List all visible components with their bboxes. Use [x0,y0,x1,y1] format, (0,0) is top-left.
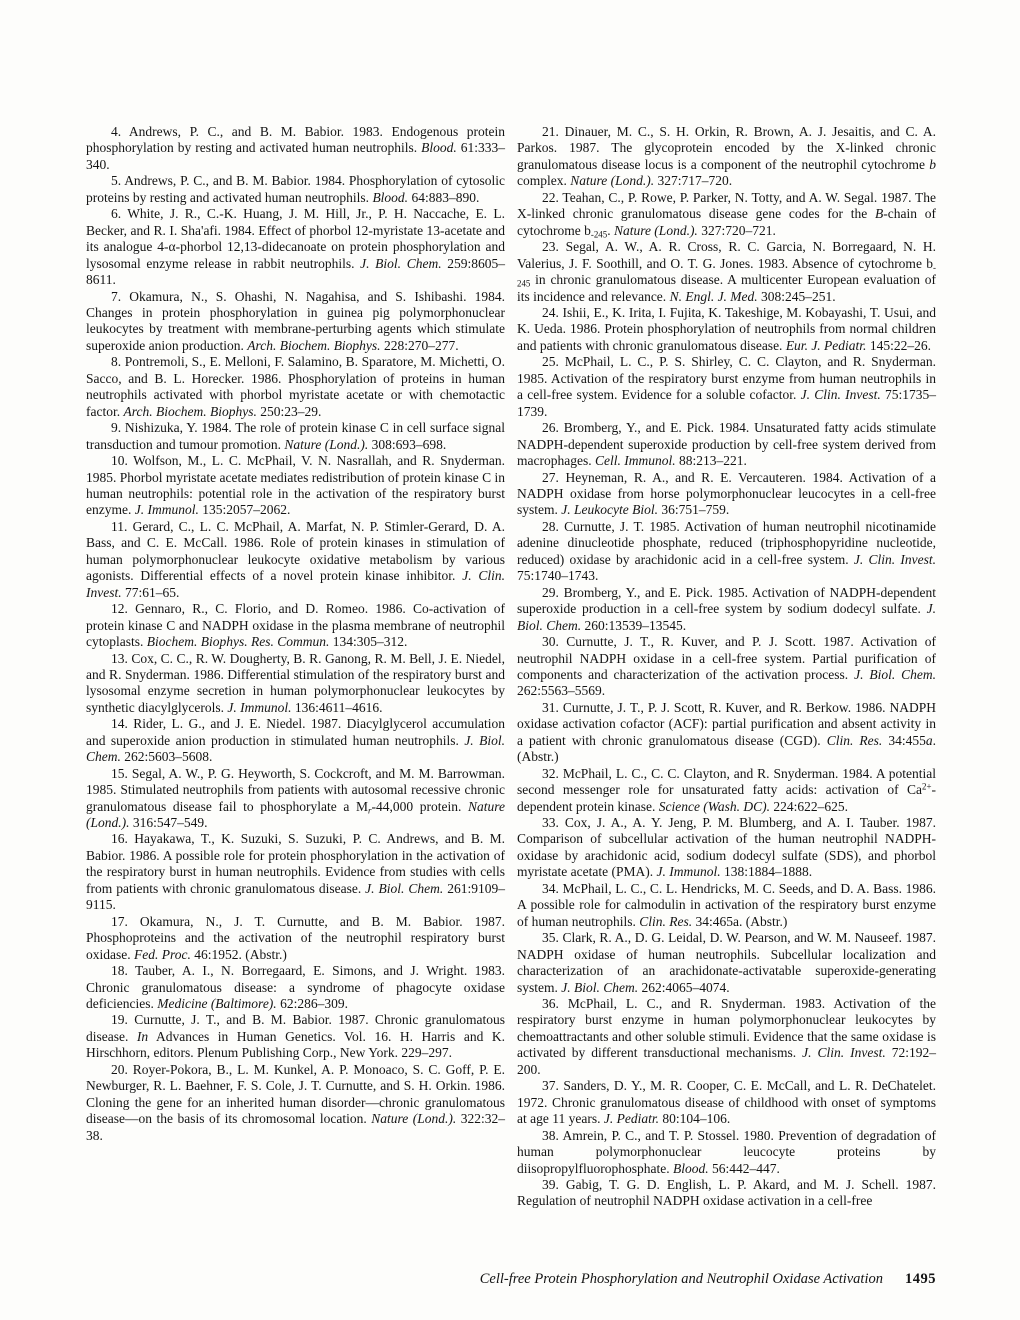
reference-item: 14. Rider, L. G., and J. E. Niedel. 1987… [86,716,505,765]
reference-text-segment: J. Leukocyte Biol. [561,502,658,517]
reference-number: 16. [111,831,134,846]
reference-number: 10. [111,453,133,468]
reference-number: 30. [542,634,566,649]
reference-number: 20. [111,1062,133,1077]
reference-text-segment: J. Pediatr. [604,1111,659,1126]
reference-text-segment: 327:720–721. [698,223,776,238]
reference-text-segment: Nature (Lond.). [284,437,368,452]
reference-text-segment: 308:245–251. [758,289,836,304]
reference-text-segment: 46:1952. (Abstr.) [191,947,287,962]
reference-text-segment: J. Clin. Invest. [854,552,936,567]
reference-text-segment: Biochem. Biophys. Res. Commun. [147,634,330,649]
reference-text-segment: Gerard, C., L. C. McPhail, A. Marfat, N.… [86,519,505,583]
reference-number: 31. [542,700,563,715]
reference-item: 17. Okamura, N., J. T. Curnutte, and B. … [86,914,505,963]
reference-item: 5. Andrews, P. C., and B. M. Babior. 198… [86,173,505,206]
reference-text-segment: N. Engl. J. Med. [670,289,758,304]
reference-text-segment: 136:4611–4616. [291,700,382,715]
reference-text-segment: Clin. Res. [827,733,883,748]
reference-number: 18. [111,963,135,978]
reference-text-segment: . [607,223,614,238]
reference-item: 6. White, J. R., C.-K. Huang, J. M. Hill… [86,206,505,288]
reference-number: 15. [111,766,132,781]
reference-text-segment: J. Biol. Chem. [365,881,443,896]
reference-item: 39. Gabig, T. G. D. English, L. P. Akard… [517,1177,936,1210]
reference-number: 35. [542,930,562,945]
reference-text-segment: 316:547–549. [130,815,208,830]
reference-item: 10. Wolfson, M., L. C. McPhail, V. N. Na… [86,453,505,519]
reference-number: 4. [111,124,129,139]
reference-item: 7. Okamura, N., S. Ohashi, N. Nagahisa, … [86,289,505,355]
reference-number: 28. [542,519,564,534]
reference-number: 32. [542,766,563,781]
reference-number: 5. [111,173,124,188]
reference-text-segment: Arch. Biochem. Biophys. [123,404,256,419]
reference-text-segment: Gabig, T. G. D. English, L. P. Akard, an… [517,1177,936,1208]
reference-number: 39. [542,1177,566,1192]
reference-number: 7. [111,289,129,304]
reference-item: 13. Cox, C. C., R. W. Dougherty, B. R. G… [86,651,505,717]
reference-number: 34. [542,881,563,896]
reference-text-segment: 228:270–277. [381,338,459,353]
reference-text-segment: Segal, A. W., A. R. Cross, R. C. Garcia,… [517,239,936,270]
reference-text-segment: Blood. [372,190,408,205]
reference-item: 25. McPhail, L. C., P. S. Shirley, C. C.… [517,354,936,420]
reference-text-segment: Cell. Immunol. [595,453,676,468]
reference-item: 12. Gennaro, R., C. Florio, and D. Romeo… [86,601,505,650]
reference-number: 13. [111,651,131,666]
reference-text-segment: 80:104–106. [659,1111,730,1126]
reference-item: 9. Nishizuka, Y. 1984. The role of prote… [86,420,505,453]
reference-text-segment: Nature (Lond.). [371,1111,456,1126]
references-column-right: 21. Dinauer, M. C., S. H. Orkin, R. Brow… [517,124,936,1210]
reference-text-segment: Clin. Res. [639,914,692,929]
reference-text-segment: J. Immunol. [227,700,291,715]
reference-item: 15. Segal, A. W., P. G. Heyworth, S. Coc… [86,766,505,832]
reference-text-segment: J. Biol. Chem. [360,256,441,271]
reference-item: 8. Pontremoli, S., E. Melloni, F. Salami… [86,354,505,420]
reference-item: 11. Gerard, C., L. C. McPhail, A. Marfat… [86,519,505,601]
reference-text-segment: 262:4065–4074. [638,980,730,995]
reference-item: 35. Clark, R. A., D. G. Leidal, D. W. Pe… [517,930,936,996]
reference-text-segment: 36:751–759. [658,502,729,517]
reference-text-segment: J. Immunol. [656,864,720,879]
reference-number: 25. [542,354,565,369]
reference-item: 38. Amrein, P. C., and T. P. Stossel. 19… [517,1128,936,1177]
reference-number: 23. [542,239,566,254]
reference-item: 24. Ishii, E., K. Irita, I. Fujita, K. T… [517,305,936,354]
reference-text-segment: Nature (Lond.). [570,173,654,188]
reference-text-segment: 138:1884–1888. [721,864,813,879]
reference-text-segment: McPhail, L. C., C. C. Clayton, and R. Sn… [517,766,936,797]
reference-item: 4. Andrews, P. C., and B. M. Babior. 198… [86,124,505,173]
reference-number: 27. [542,470,565,485]
reference-number: 8. [111,354,125,369]
reference-text-segment: Blood. [673,1161,709,1176]
reference-number: 29. [542,585,564,600]
reference-text-segment: Fed. Proc. [134,947,191,962]
reference-item: 23. Segal, A. W., A. R. Cross, R. C. Gar… [517,239,936,305]
reference-item: 29. Bromberg, Y., and E. Pick. 1985. Act… [517,585,936,634]
reference-text-segment: 308:693–698. [368,437,446,452]
reference-text-segment: 75:1740–1743. [517,568,598,583]
reference-number: 14. [111,716,133,731]
reference-text-segment: Bromberg, Y., and E. Pick. 1985. Activat… [517,585,936,616]
reference-number: 22. [542,190,562,205]
page-footer: Cell-free Protein Phosphorylation and Ne… [0,1270,936,1288]
reference-text-segment: 224:622–625. [770,799,848,814]
reference-item: 16. Hayakawa, T., K. Suzuki, S. Suzuki, … [86,831,505,913]
reference-text-segment: J. Immunol. [135,502,199,517]
reference-text-segment: Nature (Lond.). [614,223,698,238]
reference-number: 38. [542,1128,562,1143]
reference-text-segment: -44,000 protein. [371,799,468,814]
reference-text-segment: b [929,157,936,172]
reference-text-segment: Rider, L. G., and J. E. Niedel. 1987. Di… [86,716,505,747]
reference-text-segment: 260:13539–13545. [581,618,686,633]
reference-text-segment: J. Biol. Chem. [854,667,936,682]
reference-number: 26. [542,420,564,435]
reference-text-segment: In [137,1029,148,1044]
reference-number: 17. [111,914,140,929]
reference-text-segment: 134:305–312. [329,634,407,649]
reference-text-segment: 262:5603–5608. [121,749,213,764]
footer-running-title: Cell-free Protein Phosphorylation and Ne… [480,1271,883,1287]
reference-number: 9. [111,420,125,435]
reference-item: 26. Bromberg, Y., and E. Pick. 1984. Uns… [517,420,936,469]
reference-item: 33. Cox, J. A., A. Y. Jeng, P. M. Blumbe… [517,815,936,881]
reference-text-segment: 2+ [922,782,931,792]
reference-item: 34. McPhail, L. C., C. L. Hendricks, M. … [517,881,936,930]
reference-number: 24. [542,305,563,320]
reference-text-segment: 64:883–890. [408,190,479,205]
reference-text-segment: 34:455 [882,733,926,748]
reference-number: 36. [542,996,568,1011]
reference-item: 36. McPhail, L. C., and R. Snyderman. 19… [517,996,936,1078]
reference-text-segment: Science (Wash. DC). [659,799,770,814]
reference-item: 31. Curnutte, J. T., P. J. Scott, R. Kuv… [517,700,936,766]
reference-text-segment: 145:22–26. [866,338,931,353]
reference-text-segment: 62:286–309. [277,996,348,1011]
reference-item: 37. Sanders, D. Y., M. R. Cooper, C. E. … [517,1078,936,1127]
reference-text-segment: Arch. Biochem. Biophys. [247,338,380,353]
reference-text-segment: J. Clin. Invest. [801,387,881,402]
reference-text-segment: Teahan, C., P. Rowe, P. Parker, N. Totty… [517,190,936,221]
reference-text-segment: Medicine (Baltimore). [157,996,276,1011]
reference-number: 37. [542,1078,563,1093]
reference-item: 32. McPhail, L. C., C. C. Clayton, and R… [517,766,936,815]
reference-item: 18. Tauber, A. I., N. Borregaard, E. Sim… [86,963,505,1012]
footer-page-number: 1495 [905,1271,936,1287]
reference-text-segment: -245 [591,229,607,239]
reference-text-segment: 88:213–221. [676,453,747,468]
reference-text-segment: a [926,733,933,748]
reference-text-segment: Dinauer, M. C., S. H. Orkin, R. Brown, A… [517,124,936,172]
reference-number: 33. [542,815,565,830]
reference-item: 27. Heyneman, R. A., and R. E. Vercauter… [517,470,936,519]
journal-references-page: 4. Andrews, P. C., and B. M. Babior. 198… [0,0,1020,1320]
reference-text-segment: Eur. J. Pediatr. [786,338,867,353]
reference-text-segment: 56:442–447. [709,1161,780,1176]
reference-number: 12. [111,601,135,616]
reference-text-segment: J. Clin. Invest. [802,1045,886,1060]
reference-text-segment: 327:717–720. [654,173,732,188]
reference-item: 21. Dinauer, M. C., S. H. Orkin, R. Brow… [517,124,936,190]
reference-text-segment: complex. [517,173,570,188]
reference-item: 28. Curnutte, J. T. 1985. Activation of … [517,519,936,585]
reference-number: 11. [111,519,133,534]
reference-text-segment: 250:23–29. [257,404,322,419]
reference-number: 6. [111,206,127,221]
reference-text-segment: 77:61–65. [122,585,180,600]
reference-text-segment: Advances in Human Genetics. Vol. 16. H. … [86,1029,505,1060]
reference-text-segment: 262:5563–5569. [517,683,605,698]
references-column-left: 4. Andrews, P. C., and B. M. Babior. 198… [86,124,505,1144]
reference-number: 21. [542,124,565,139]
reference-text-segment: J. Biol. Chem. [561,980,638,995]
reference-item: 20. Royer-Pokora, B., L. M. Kunkel, A. P… [86,1062,505,1144]
reference-item: 30. Curnutte, J. T., R. Kuver, and P. J.… [517,634,936,700]
reference-text-segment: Blood. [421,140,457,155]
reference-text-segment: 34:465a. (Abstr.) [692,914,787,929]
reference-number: 19. [111,1012,134,1027]
reference-text-segment: 135:2057–2062. [199,502,291,517]
reference-item: 19. Curnutte, J. T., and B. M. Babior. 1… [86,1012,505,1061]
reference-item: 22. Teahan, C., P. Rowe, P. Parker, N. T… [517,190,936,239]
